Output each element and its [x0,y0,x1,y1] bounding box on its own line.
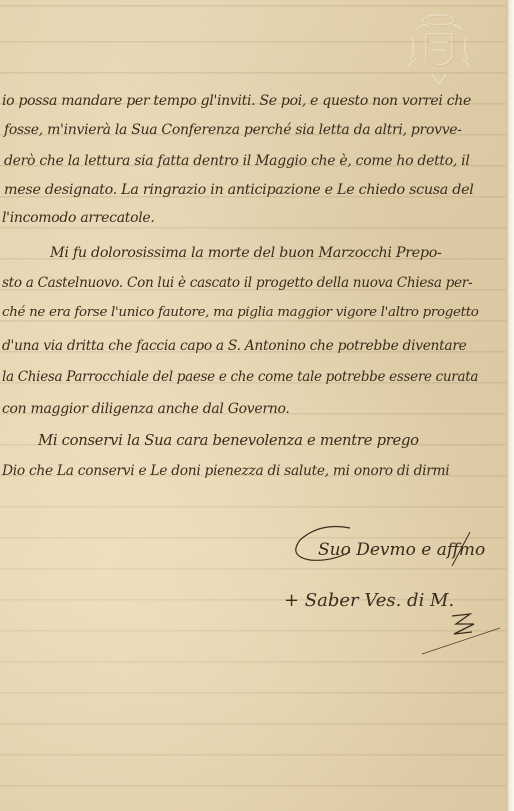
letter-line-4: mese designato. La ringrazio in anticipa… [4,182,474,198]
letter-line-13: Dio che La conservi e Le doni pienezza d… [2,463,449,479]
letter-line-1: io possa mandare per tempo gl'inviti. Se… [2,93,512,109]
letter-line-6: Mi fu dolorosissima la morte del buon Ma… [50,245,442,261]
letter-line-12: Mi conservi la Sua cara benevolenza e me… [38,432,419,449]
letter-line-7: sto a Castelnuovo. Con lui è cascato il … [2,275,472,291]
signature: + Saber Ves. di M. [284,590,454,611]
letter-line-11: con maggior diligenza anche dal Governo. [2,401,290,417]
letter-line-8: ché ne era forse l'unico fautore, ma pig… [2,305,479,320]
page-edge [506,0,514,811]
letter-line-5: l'incomodo arrecatole. [2,210,155,226]
letter-line-9: d'una via dritta che faccia capo a S. An… [2,338,466,354]
closing-flourish-icon [290,522,360,572]
signature-paraph-icon [412,610,502,660]
letter-line-2: fosse, m'invierà la Sua Conferenza perch… [4,122,462,138]
embossed-coat-of-arms-icon [402,8,476,88]
closing-stroke-icon [440,530,480,570]
letter-line-10: la Chiesa Parrocchiale del paese e che c… [2,369,478,385]
letter-line-3: derò che la lettura sia fatta dentro il … [4,153,470,169]
